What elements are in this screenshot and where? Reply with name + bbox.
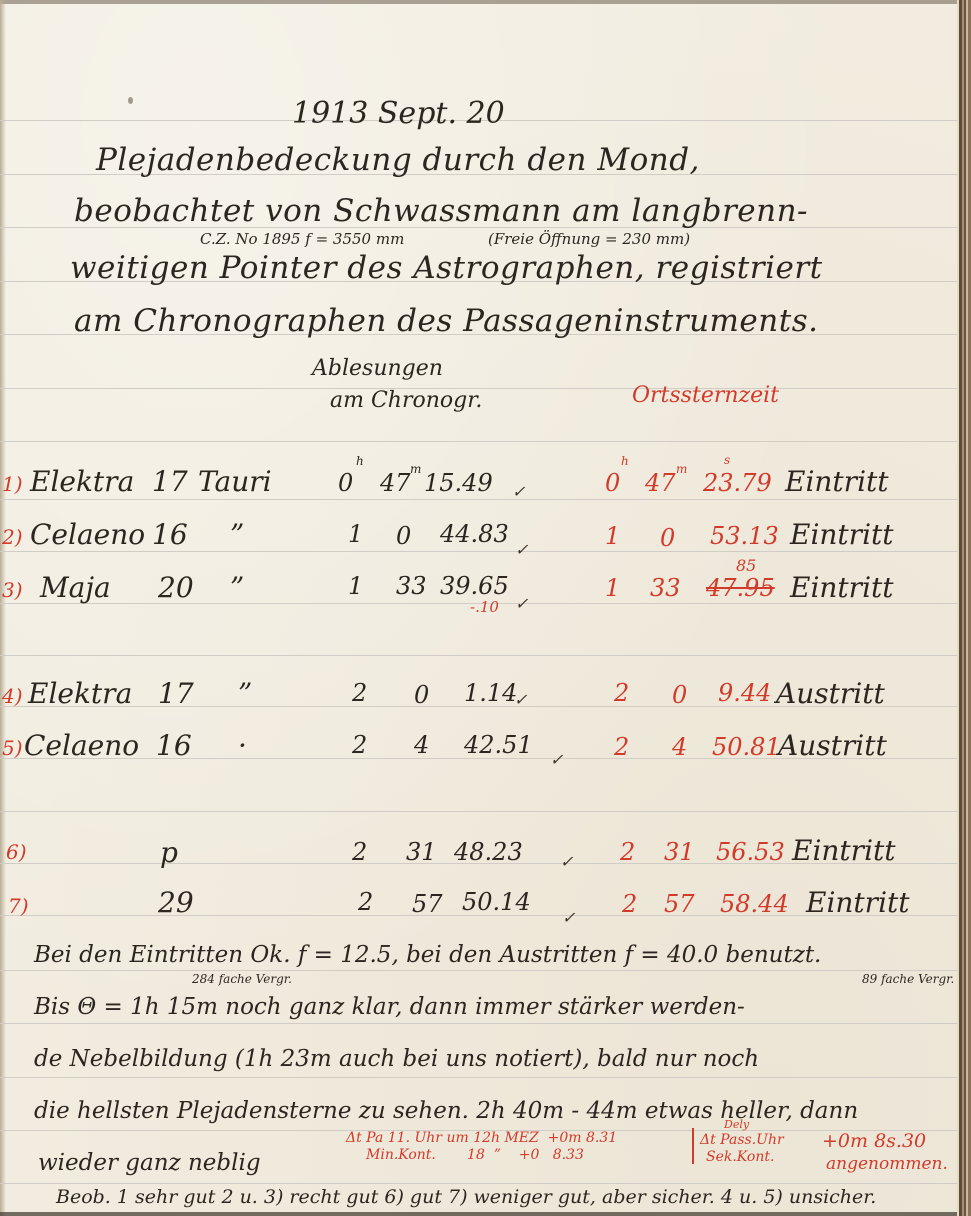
lst-hours: 1 <box>605 574 620 602</box>
note-line-2: Bis Θ = 1h 15m noch ganz klar, dann imme… <box>34 994 745 1020</box>
ruled-line <box>0 1077 957 1078</box>
star-designation: 17 <box>152 465 188 498</box>
chrono-seconds: 1.14 <box>464 679 517 707</box>
ruled-line <box>0 1023 957 1024</box>
lst-hours: 2 <box>620 838 635 866</box>
lst-seconds: 58.44 <box>720 890 789 918</box>
chrono-hours: 1 <box>348 572 363 600</box>
chrono-seconds: 48.23 <box>454 838 523 866</box>
note-line-3: de Nebelbildung (1h 23m auch bei uns not… <box>34 1046 759 1072</box>
check-mark-icon: ✓ <box>562 908 575 927</box>
note-line-1: Bei den Eintritten Ok. f = 12.5, bei den… <box>34 942 821 968</box>
page-date: 1913 Sept. 20 <box>292 96 505 131</box>
lst-seconds: 47.95 <box>706 574 775 602</box>
lst-seconds-corrected: 85 <box>736 556 756 575</box>
chrono-hours: 2 <box>352 731 367 759</box>
ruled-line <box>0 655 957 656</box>
lst-minutes: 33 <box>650 574 681 602</box>
clock-correction-row-1: Δt Pa 11. Uhr um 12h MEZ +0m 8.31 <box>346 1130 617 1147</box>
ruled-line <box>0 811 957 812</box>
col-header-sidereal-time: Ortssternzeit <box>632 383 779 408</box>
event-type: Austritt <box>778 729 887 762</box>
lst-minutes: 4 <box>672 733 687 761</box>
chrono-seconds: 44.83 <box>440 520 509 548</box>
check-mark-icon: ✓ <box>512 482 525 501</box>
star-designation: p <box>160 836 178 869</box>
unit-h: h <box>356 454 364 468</box>
unit-s: s <box>724 453 730 467</box>
chrono-minutes: 57 <box>412 890 443 918</box>
row-number: 1) <box>2 472 23 496</box>
chrono-hours: 1 <box>348 520 363 548</box>
star-designation: 17 <box>158 677 194 710</box>
lst-minutes: 47 <box>645 469 676 497</box>
clock-correction-right-2: Sek.Kont. <box>706 1149 774 1166</box>
chrono-seconds: 42.51 <box>464 731 533 759</box>
clock-correction-value-note: angenommen. <box>826 1154 948 1174</box>
aperture-note: (Freie Öffnung = 230 mm) <box>488 230 690 248</box>
chrono-minutes: 33 <box>396 572 427 600</box>
clock-correction-sup: Dely <box>724 1118 749 1131</box>
star-name: Celaeno <box>30 518 145 551</box>
chrono-minutes: 47 <box>380 469 411 497</box>
event-type: Austritt <box>776 677 885 710</box>
constellation-ditto: ” <box>230 571 244 604</box>
check-mark-icon: ✓ <box>515 540 528 559</box>
heading-line-1: Plejadenbedeckung durch den Mond, <box>96 142 700 178</box>
lst-minutes: 0 <box>672 681 687 709</box>
col-header-readings-2: am Chronogr. <box>330 388 482 413</box>
row-number: 6) <box>6 840 27 864</box>
event-type: Eintritt <box>785 465 889 498</box>
note-line-5: wieder ganz neblig <box>38 1150 261 1176</box>
ruled-line <box>0 499 957 500</box>
lst-seconds: 56.53 <box>716 838 785 866</box>
chrono-minutes: 0 <box>414 681 429 709</box>
event-type: Eintritt <box>790 571 894 604</box>
heading-line-2: beobachtet von Schwassmann am langbrenn- <box>74 193 808 229</box>
lst-seconds: 53.13 <box>710 522 779 550</box>
ruled-line <box>0 441 957 442</box>
row-number: 4) <box>2 684 23 708</box>
chrono-hours: 2 <box>352 679 367 707</box>
unit-m: m <box>410 462 421 476</box>
row-number: 7) <box>8 894 29 918</box>
heading-line-3: weitigen Pointer des Astrographen, regis… <box>70 250 823 286</box>
col-header-readings-1: Ablesungen <box>312 356 443 381</box>
unit-h: h <box>621 454 629 468</box>
ruled-line <box>0 551 957 552</box>
chrono-seconds: 39.65 <box>440 572 509 600</box>
constellation-ditto: ” <box>230 518 244 551</box>
lst-hours: 2 <box>614 679 629 707</box>
lst-hours: 2 <box>614 733 629 761</box>
unit-m: m <box>676 462 687 476</box>
page-edge-bottom <box>0 1212 971 1216</box>
star-name: Elektra <box>28 677 132 710</box>
chrono-seconds: 15.49 <box>424 469 493 497</box>
star-designation: 20 <box>158 571 194 604</box>
constellation-ditto: · <box>238 729 247 762</box>
event-type: Eintritt <box>806 886 910 919</box>
constellation-ditto: ” <box>238 677 252 710</box>
lst-hours: 2 <box>622 890 637 918</box>
star-designation: 29 <box>158 886 194 919</box>
row-number: 2) <box>2 525 23 549</box>
lst-seconds: 50.81 <box>712 733 781 761</box>
clock-correction-right-1: Δt Pass.Uhr <box>700 1132 784 1149</box>
lst-minutes: 57 <box>664 890 695 918</box>
chrono-hours: 2 <box>352 838 367 866</box>
chrono-seconds: 50.14 <box>462 888 531 916</box>
lst-seconds: 9.44 <box>718 679 771 707</box>
chrono-correction: -.10 <box>470 598 499 616</box>
bracket-divider <box>692 1128 694 1164</box>
check-mark-icon: ✓ <box>515 594 528 613</box>
chrono-minutes: 0 <box>396 522 411 550</box>
event-type: Eintritt <box>790 518 894 551</box>
chrono-hours: 0 <box>338 469 353 497</box>
chrono-minutes: 4 <box>414 731 429 759</box>
chrono-hours: 2 <box>358 888 373 916</box>
page-edge-left <box>0 0 6 1216</box>
event-type: Eintritt <box>792 834 896 867</box>
ink-spot <box>128 97 133 104</box>
check-mark-icon: ✓ <box>560 852 573 871</box>
clock-correction-row-2: Min.Kont. 18 ” +0 8.33 <box>366 1147 584 1164</box>
notebook-page: 1913 Sept. 20 Plejadenbedeckung durch de… <box>0 0 971 1216</box>
row-number: 3) <box>2 578 23 602</box>
star-designation: 16 <box>156 729 192 762</box>
lst-hours: 0 <box>605 469 620 497</box>
constellation: Tauri <box>198 465 272 498</box>
star-name: Elektra <box>30 465 134 498</box>
notebook-binding <box>957 0 971 1216</box>
row-number: 5) <box>2 736 23 760</box>
page-edge-top <box>0 0 971 4</box>
lst-hours: 1 <box>605 522 620 550</box>
instrument-note: C.Z. No 1895 f = 3550 mm <box>200 230 404 248</box>
ruled-line <box>0 1183 957 1184</box>
note-magnification-a: 284 fache Vergr. <box>192 972 292 986</box>
lst-minutes: 0 <box>660 524 675 552</box>
lst-minutes: 31 <box>664 838 695 866</box>
star-name: Celaeno <box>24 729 139 762</box>
lst-seconds: 23.79 <box>703 469 772 497</box>
star-name: Maja <box>40 571 111 604</box>
star-designation: 16 <box>152 518 188 551</box>
note-magnification-b: 89 fache Vergr. <box>862 972 954 986</box>
chrono-minutes: 31 <box>406 838 437 866</box>
ruled-line <box>0 970 957 971</box>
check-mark-icon: ✓ <box>550 750 563 769</box>
heading-line-4: am Chronographen des Passageninstruments… <box>74 303 818 339</box>
check-mark-icon: ✓ <box>514 690 527 709</box>
note-line-6: Beob. 1 sehr gut 2 u. 3) recht gut 6) gu… <box>56 1186 876 1208</box>
clock-correction-value: +0m 8s.30 <box>822 1130 926 1152</box>
